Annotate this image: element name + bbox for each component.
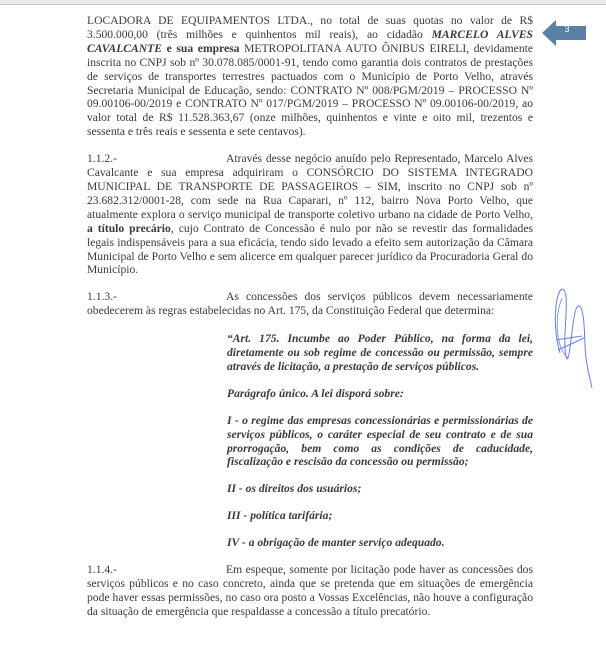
quote-line: Parágrafo único. A lei disporá sobre: — [227, 387, 533, 401]
document-page: LOCADORA DE EQUIPAMENTOS LTDA., no total… — [87, 14, 533, 619]
quote-line: II - os direitos dos usuários; — [227, 482, 533, 496]
paragraph-1-1-2: 1.1.2.-Através desse negócio anuído pelo… — [87, 152, 533, 277]
page-number: 3 — [560, 24, 574, 34]
paragraph-1-1-3: 1.1.3.-As concessões dos serviços públic… — [87, 290, 533, 318]
emphasis: e sua empresa — [162, 42, 239, 55]
paragraph-number: 1.1.2.- — [87, 152, 226, 166]
quote-line: I - o regime das empresas concessionária… — [227, 414, 533, 470]
quote-line: III - política tarifária; — [227, 509, 533, 523]
quote-line: IV - a obrigação de manter serviço adequ… — [227, 536, 533, 550]
paragraph-1-1-1-continuation: LOCADORA DE EQUIPAMENTOS LTDA., no total… — [87, 14, 533, 139]
emphasis: a título precário — [87, 222, 171, 235]
quote-line: “Art. 175. Incumbe ao Poder Público, na … — [227, 332, 533, 374]
viewer-top-border — [0, 0, 606, 5]
text: METROPOLITANA AUTO ÔNIBUS EIRELI, devida… — [87, 42, 533, 138]
paragraph-number: 1.1.3.- — [87, 290, 226, 304]
paragraph-1-1-4: 1.1.4.-Em espeque, somente por licitação… — [87, 563, 533, 619]
paragraph-number: 1.1.4.- — [87, 563, 226, 577]
signature-initials — [548, 278, 598, 388]
constitution-quote: “Art. 175. Incumbe ao Poder Público, na … — [227, 332, 533, 550]
